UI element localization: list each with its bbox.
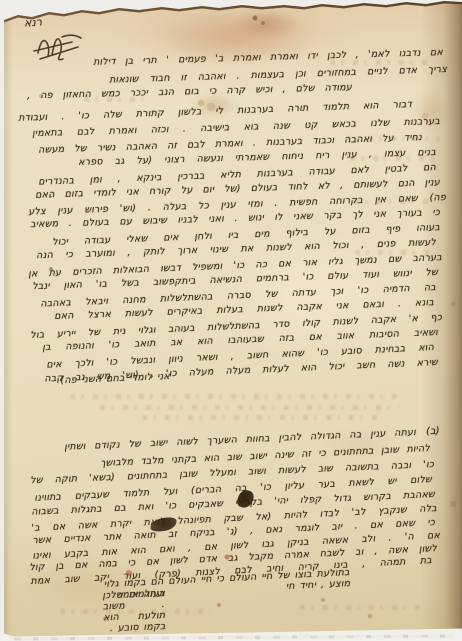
scanned-manuscript-page: רנא ׳ (ב) אם נדבנו לאמ' , לכבן ידו ואמרת… <box>0 0 462 641</box>
manuscript-line: עמודה שלם , וכיש קרה כי בום הנב יככר כמש… <box>27 82 352 102</box>
closing-line: ועתה אומר <box>103 588 165 601</box>
underlying-page-edge <box>14 634 454 640</box>
section-marker: (ב) <box>426 425 440 437</box>
paper-sheet: רנא ׳ (ב) אם נדבנו לאמ' , לכבן ידו ואמרת… <box>4 3 462 641</box>
paper-speckles <box>4 3 6 5</box>
stain <box>232 9 302 39</box>
bleedthrough-line <box>70 394 400 399</box>
bleedthrough-line <box>100 405 400 410</box>
crossed-out-scribble <box>32 29 84 63</box>
bleedthrough-line <box>142 415 382 420</box>
manuscript-line: צריך אדם לניים במחזורים וכן בעצמות . ואה… <box>109 64 447 86</box>
bleedthrough-line <box>300 605 420 610</box>
